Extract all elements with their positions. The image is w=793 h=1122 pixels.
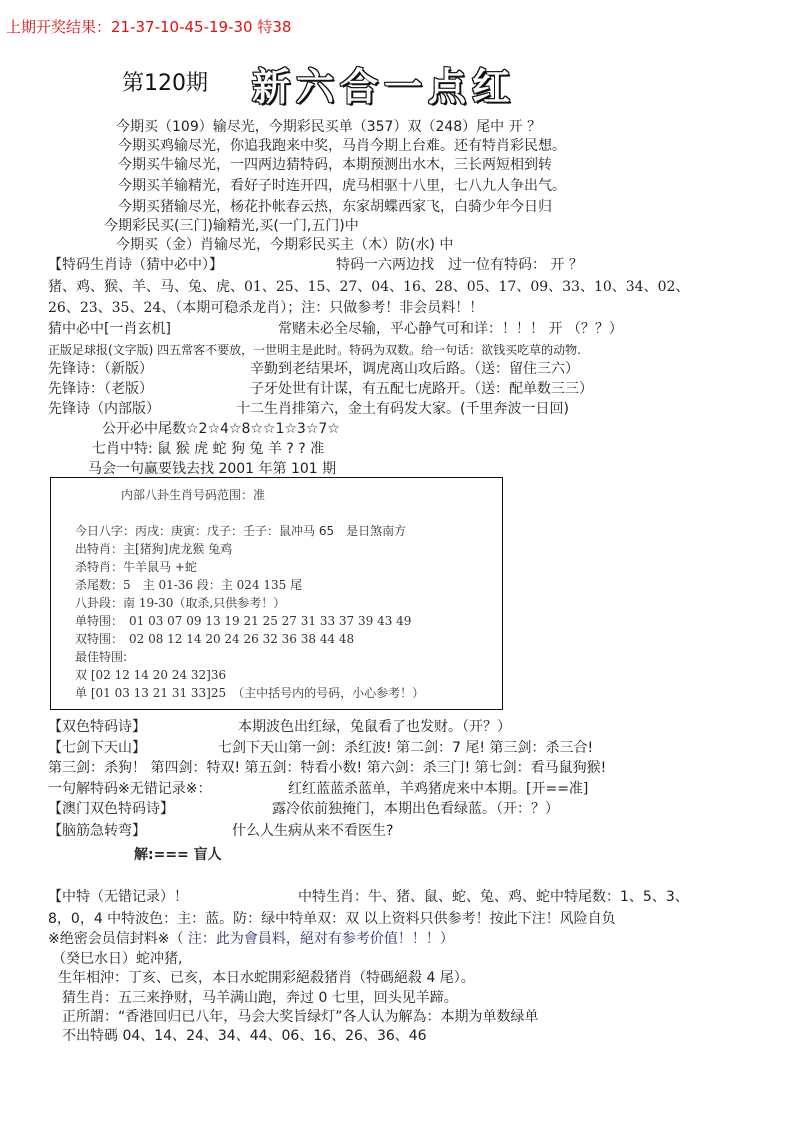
special-numbers-line: 猪、鸡、猴、羊、马、兔、虎、01、25、15、27、04、16、28、05、17…: [48, 278, 689, 296]
riddle-line: 今期买猪输尽光，杨花扑帐春云热，东家胡蝶西家飞，白骑少年今日归: [118, 198, 552, 216]
last-result-numbers: 21-37-10-45-19-30: [111, 18, 253, 36]
special-numbers-line: 26、23、35、24、（本期可稳杀龙肖）；注：只做参考！非会员料！！: [48, 299, 483, 317]
infobox-row: 双 [02 12 14 20 24 32]36: [75, 667, 226, 683]
color-poem-label: 【双色特码诗】: [48, 718, 146, 736]
last-result-special: 特38: [257, 18, 291, 36]
tail-numbers: 公开必中尾数☆2☆4☆8☆☆1☆3☆7☆: [102, 420, 340, 438]
infobox-row: 八卦段：南 19-30（取杀,只供参考！）: [75, 595, 285, 611]
infobox-row: 今日八字：丙戌：庚寅：戊子：壬子：鼠冲马 65 是日煞南方: [75, 523, 406, 539]
vanguard-label: 先锋诗（内部版）: [48, 400, 160, 418]
infobox-row: 杀特肖：牛羊鼠马 +蛇: [75, 559, 197, 575]
bagua-info-box: 内部八卦生肖号码范围：准 今日八字：丙戌：庚寅：戊子：壬子：鼠冲马 65 是日煞…: [50, 477, 503, 710]
infobox-title: 内部八卦生肖号码范围：准: [121, 487, 265, 503]
horse-club-line: 马会一句赢要钱去找 2001 年第 101 期: [88, 460, 336, 478]
infobox-row: 出特肖：主[猪狗]虎龙猴 兔鸡: [75, 541, 232, 557]
zhongte-line2: 8，0，4 中特波色：主：蓝。防：绿中特单双：双 以上资料只供参考！按此下注！风…: [48, 910, 616, 928]
football-paper-line: 正版足球报(文字版) 四五常客不要放，一世明主是此时。特码为双数。给一句话：欲钱…: [48, 342, 581, 358]
bottom-line: （癸巳水日）蛇冲猪,: [52, 950, 182, 968]
secret-note: 注：此为會員料，絕对有参考价值！！！）: [188, 931, 454, 947]
brain-teaser-label: 【脑筋急转弯】: [48, 822, 146, 840]
riddle-line: 今期买（金）肖输尽光，今期彩民买主（木）防(水) 中: [116, 236, 453, 254]
vanguard-label: 先锋诗：（新版）: [48, 360, 153, 378]
page-title: 新六合一点红: [252, 56, 516, 111]
riddle-line: 今期买羊输精光，看好子时连开四，虎马相驱十八里，七八九人争出气。: [118, 177, 566, 195]
bottom-line: 不出特碼 04、14、24、34、44、06、16、26、36、46: [62, 1027, 427, 1045]
one-sentence-text: 红红蓝蓝杀蓝单，羊鸡猪虎来中本期。[开==准]: [288, 780, 588, 798]
seven-swords-label: 【七剑下天山】: [48, 739, 146, 757]
brain-teaser-question: 什么人生病从来不看医生?: [232, 822, 393, 840]
bottom-line: 猜生肖：五三来挣财，马羊满山跑，奔过 0 七里，回头见羊蹄。: [62, 989, 458, 1007]
special-poem-text: 特码一六两边找 过一位有特码： 开 ？: [336, 256, 583, 274]
macau-poem-label: 【澳门双色特码诗】: [48, 800, 174, 818]
vanguard-text: 子牙处世有计谋，有五配七虎路开。（送：配单数三三）: [250, 380, 593, 398]
guess-text: 常赌未必全尽输，平心静气可和详：！！！ 开 （？？）: [278, 320, 623, 338]
infobox-row: 杀尾数：5 主 01-36 段：主 024 135 尾: [75, 577, 302, 593]
riddle-line: 今期买（109）输尽光，今期彩民买单（357）双（248）尾中 开 ？: [116, 118, 541, 136]
last-result-label: 上期开奖结果：: [6, 18, 111, 36]
special-poem-label: 【特码生肖诗（猜中必中）】: [48, 256, 223, 274]
guess-label: 猜中必中[一肖玄机]: [48, 320, 171, 338]
riddle-line: 今期买牛输尽光，一四两边猜特码，本期预测出水木，三长两短相到转: [118, 156, 552, 174]
seven-swords-line2: 第三剑：杀狗！ 第四剑：特双! 第五剑：特看小数! 第六剑：杀三门! 第七剑：看…: [48, 759, 606, 777]
zhongte-line1: 中特生肖：牛、猪、鼠、蛇、兔、鸡、蛇中特尾数：1、5、3、: [298, 888, 689, 906]
seven-swords-text: 七剑下天山第一剑：杀红波! 第二剑：7 尾! 第三剑：杀三合!: [218, 739, 593, 757]
bottom-line: 正所謂：“香港回归已八年，马会大奖旨绿灯”各人认为解為：本期为单数绿单: [62, 1008, 539, 1026]
vanguard-text: 辛勤到老结果坏，调虎离山攻后路。（送：留住三六）: [250, 360, 579, 378]
zhongte-label: 【中特（无错记录）！: [48, 888, 188, 906]
last-result-banner: 上期开奖结果：21-37-10-45-19-30 特38: [6, 16, 291, 37]
vanguard-label: 先锋诗：（老版）: [48, 380, 153, 398]
brain-teaser-answer: 解:=== 盲人: [134, 846, 222, 864]
secret-label: ※绝密会员信封料※（: [48, 931, 183, 947]
macau-poem-text: 露冷依前独掩门，本期出色看绿蓝。（开：？）: [272, 800, 559, 818]
color-poem-text: 本期波色出红绿，兔鼠看了也发财。（开？）: [238, 718, 511, 736]
infobox-row: 单 [01 03 13 21 31 33]25 （主中括号内的号码，小心参考！）: [75, 685, 424, 701]
infobox-row: 双特围： 02 08 12 14 20 24 26 32 36 38 44 48: [75, 631, 354, 647]
infobox-row: 最佳特围:: [75, 649, 127, 665]
bottom-line: 生年相沖：丁亥、已亥，本日水蛇開彩絕殺猪肖（特碼絕殺 4 尾）。: [58, 969, 475, 987]
secret-line: ※绝密会员信封料※（ 注：此为會員料，絕对有参考价值！！！）: [48, 930, 454, 948]
vanguard-text: 十二生肖排第六，金土有码发大家。(千里奔波一日回): [236, 400, 569, 418]
one-sentence-label: 一句解特码※无错记录※：: [48, 780, 211, 798]
seven-zodiac: 七肖中特: 鼠 猴 虎 蛇 狗 兔 羊 ? ? 准: [92, 440, 324, 458]
riddle-line: 今期买鸡输尽光，你追我跑来中奖，马肖今期上台难。还有特肖彩民想。: [118, 137, 566, 155]
infobox-row: 单特围： 01 03 07 09 13 19 21 25 27 31 33 37…: [75, 613, 411, 629]
issue-number: 第120期: [122, 66, 208, 97]
riddle-line: 今期彩民买(三门)输精光,买(一门,五门)中: [104, 217, 359, 235]
